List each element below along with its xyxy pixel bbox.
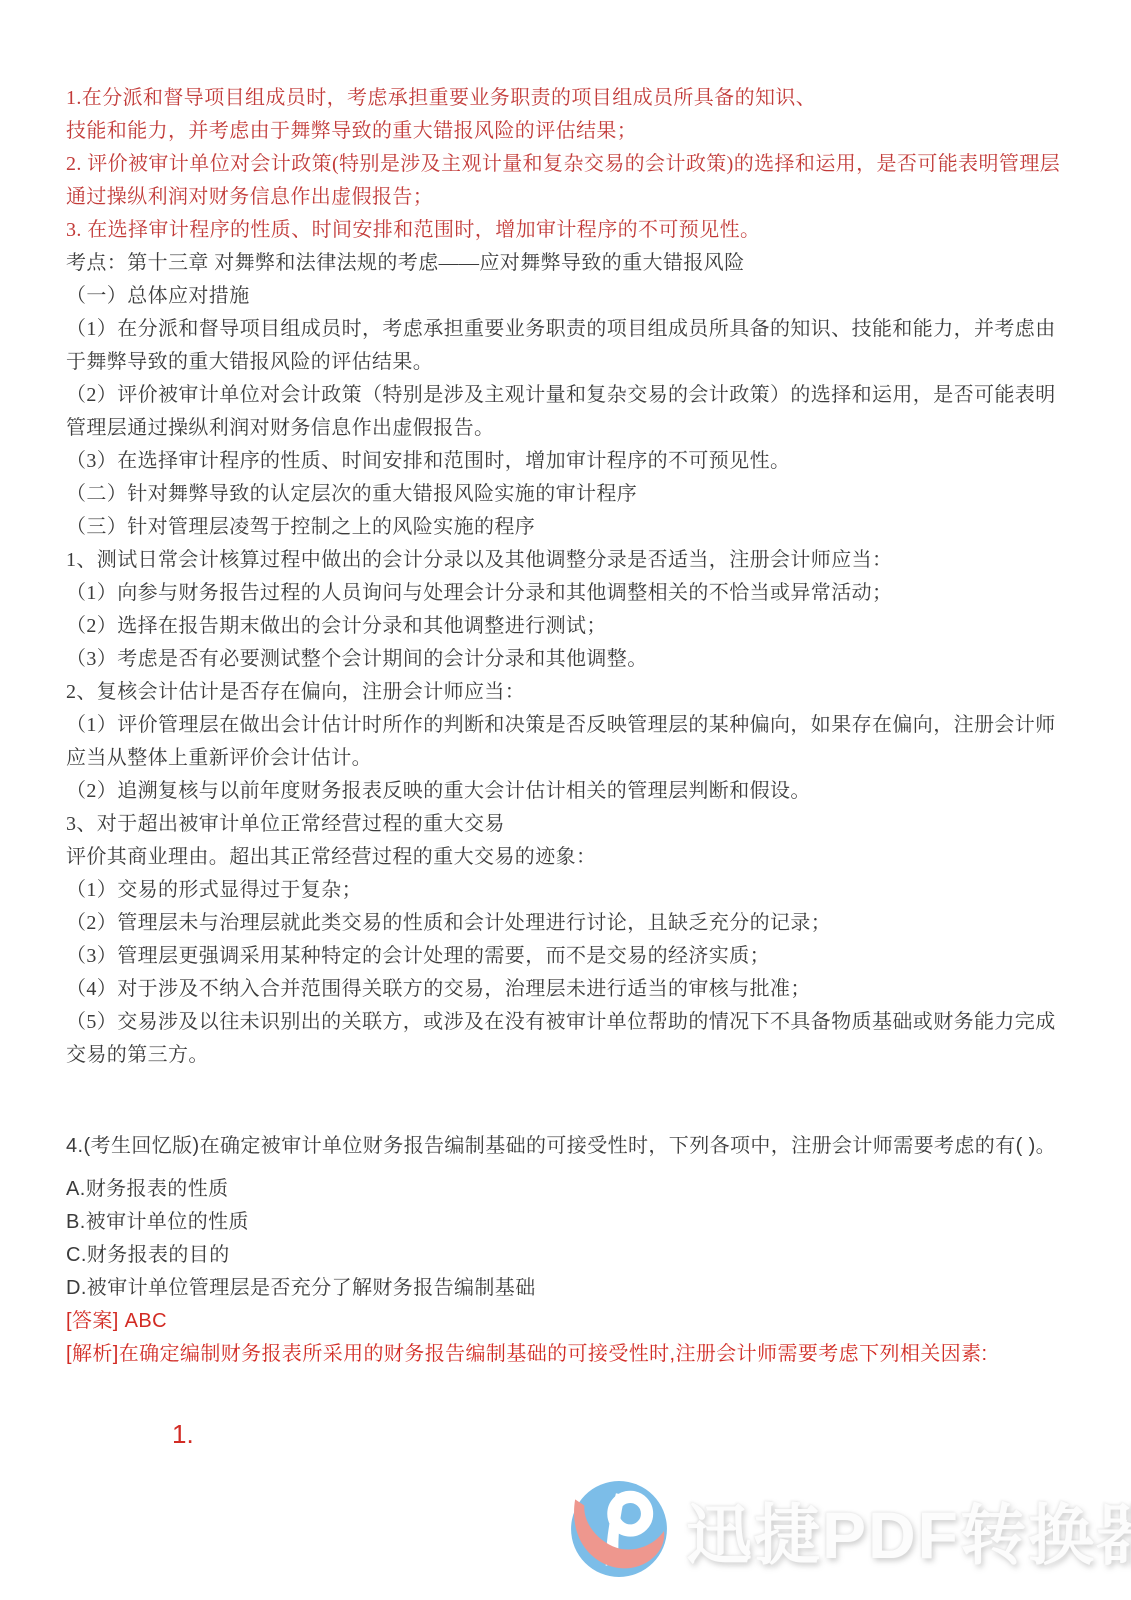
question-stem: 4.(考生回忆版)在确定被审计单位财务报告编制基础的可接受性时，下列各项中，注册…: [66, 1130, 1068, 1163]
note-line: 评价其商业理由。超出其正常经营过程的重大交易的迹象：: [66, 841, 1068, 874]
note-line: （1）评价管理层在做出会计估计时所作的判断和决策是否反映管理层的某种偏向，如果存…: [66, 709, 1068, 775]
document-content: 1.在分派和督导项目组成员时，考虑承担重要业务职责的项目组成员所具备的知识、 技…: [66, 82, 1068, 1449]
intro-point-2: 2. 评价被审计单位对会计政策(特别是涉及主观计量和复杂交易的会计政策)的选择和…: [66, 148, 1068, 214]
note-line: 2、复核会计估计是否存在偏向，注册会计师应当：: [66, 676, 1068, 709]
note-line: （3）在选择审计程序的性质、时间安排和范围时，增加审计程序的不可预见性。: [66, 445, 1068, 478]
note-line: （1）向参与财务报告过程的人员询问与处理会计分录和其他调整相关的不恰当或异常活动…: [66, 577, 1068, 610]
note-line: （2）管理层未与治理层就此类交易的性质和会计处理进行讨论，且缺乏充分的记录；: [66, 907, 1068, 940]
note-line: （2）选择在报告期末做出的会计分录和其他调整进行测试；: [66, 610, 1068, 643]
note-line: 3、对于超出被审计单位正常经营过程的重大交易: [66, 808, 1068, 841]
note-line: 1、测试日常会计核算过程中做出的会计分录以及其他调整分录是否适当，注册会计师应当…: [66, 544, 1068, 577]
note-section-3: （三）针对管理层凌驾于控制之上的风险实施的程序: [66, 511, 1068, 544]
intro-point-1: 1.在分派和督导项目组成员时，考虑承担重要业务职责的项目组成员所具备的知识、 技…: [66, 82, 1068, 148]
option-c: C.财务报表的目的: [66, 1239, 1068, 1272]
note-line: （3）管理层更强调采用某种特定的会计处理的需要，而不是交易的经济实质；: [66, 940, 1068, 973]
xunjie-pdf-converter-logo-icon: [568, 1478, 670, 1580]
answer-line: [答案] ABC: [66, 1305, 1068, 1338]
option-b: B.被审计单位的性质: [66, 1206, 1068, 1239]
watermark-brand-text: 迅捷PDF转换器: [686, 1482, 1131, 1577]
note-line: （2）评价被审计单位对会计政策（特别是涉及主观计量和复杂交易的会计政策）的选择和…: [66, 379, 1068, 445]
note-line: （1）交易的形式显得过于复杂；: [66, 874, 1068, 907]
note-section-1: （一）总体应对措施: [66, 280, 1068, 313]
analysis-list-marker: 1.: [172, 1419, 1068, 1449]
watermark: 迅捷PDF转换器: [568, 1478, 1131, 1580]
analysis-line: [解析]在确定编制财务报表所采用的财务报告编制基础的可接受性时,注册会计师需要考…: [66, 1338, 1068, 1371]
note-line: （1）在分派和督导项目组成员时，考虑承担重要业务职责的项目组成员所具备的知识、技…: [66, 313, 1068, 379]
note-kaodian-heading: 考点：第十三章 对舞弊和法律法规的考虑——应对舞弊导致的重大错报风险: [66, 247, 1068, 280]
pdf-page: 1.在分派和督导项目组成员时，考虑承担重要业务职责的项目组成员所具备的知识、 技…: [0, 0, 1131, 1600]
option-a: A.财务报表的性质: [66, 1173, 1068, 1206]
note-line: （3）考虑是否有必要测试整个会计期间的会计分录和其他调整。: [66, 643, 1068, 676]
note-line: （4）对于涉及不纳入合并范围得关联方的交易，治理层未进行适当的审核与批准；: [66, 973, 1068, 1006]
note-section-2: （二）针对舞弊导致的认定层次的重大错报风险实施的审计程序: [66, 478, 1068, 511]
intro-point-3: 3. 在选择审计程序的性质、时间安排和范围时，增加审计程序的不可预见性。: [66, 214, 1068, 247]
note-line: （2）追溯复核与以前年度财务报表反映的重大会计估计相关的管理层判断和假设。: [66, 775, 1068, 808]
option-d: D.被审计单位管理层是否充分了解财务报告编制基础: [66, 1272, 1068, 1305]
note-line: （5）交易涉及以往未识别出的关联方，或涉及在没有被审计单位帮助的情况下不具备物质…: [66, 1006, 1068, 1072]
blank-gap: [66, 1072, 1068, 1130]
